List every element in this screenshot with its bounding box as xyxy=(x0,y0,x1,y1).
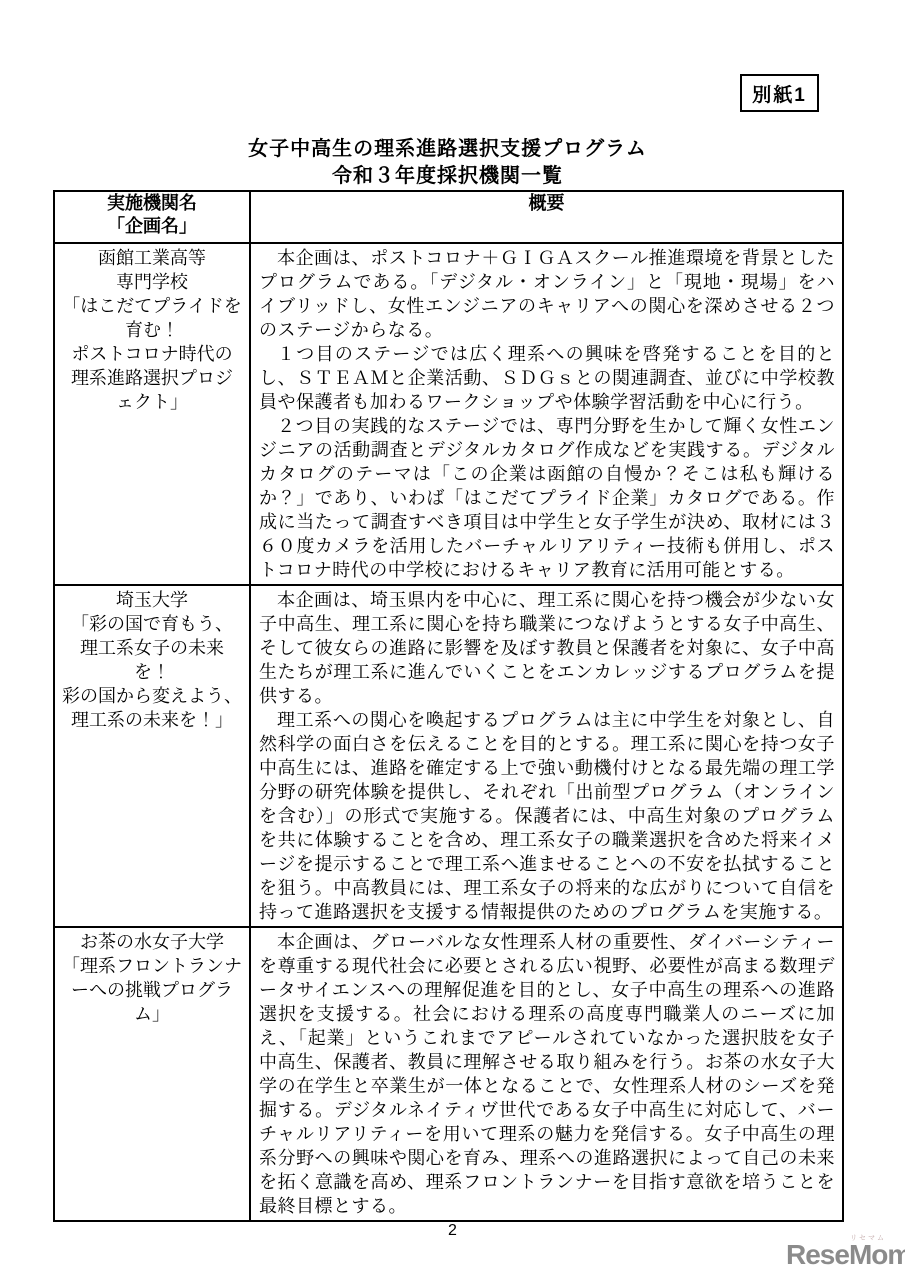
header-overview: 概要 xyxy=(250,191,843,243)
project-name: 「彩の国で育もう、 理工系女子の未来 を！ 彩の国から変えよう、 理工系の未来を… xyxy=(62,612,242,732)
table-row: 函館工業高等 専門学校 「はこだてプライドを 育む！ ポストコロナ時代の 理系進… xyxy=(54,243,843,585)
overview-cell-hakodate: 本企画は、ポストコロナ＋ＧＩＧＡスクール推進環境を背景としたプログラムである。「… xyxy=(251,244,842,584)
org-name: 函館工業高等 専門学校 xyxy=(98,246,206,294)
overview-paragraph: 本企画は、ポストコロナ＋ＧＩＧＡスクール推進環境を背景としたプログラムである。「… xyxy=(259,246,835,342)
table-row: 埼玉大学 「彩の国で育もう、 理工系女子の未来 を！ 彩の国から変えよう、 理工… xyxy=(54,585,843,927)
org-cell-ochanomizu: お茶の水女子大学 「理系フロントランナ ーへの挑戦プログラ ム」 xyxy=(55,928,249,1028)
org-cell-saitama: 埼玉大学 「彩の国で育もう、 理工系女子の未来 を！ 彩の国から変えよう、 理工… xyxy=(55,586,249,734)
attachment-label: 別紙1 xyxy=(752,80,807,107)
overview-paragraph: ２つ目の実践的なステージでは、専門分野を生かして輝く女性エンジニアの活動調査とデ… xyxy=(259,414,835,582)
org-name: お茶の水女子大学 xyxy=(80,930,224,954)
overview-paragraph: 理工系への関心を喚起するプログラムは主に中学生を対象とし、自然科学の面白さを伝え… xyxy=(259,708,835,924)
document-page: 別紙1 女子中高生の理系進路選択支援プログラム 令和３年度採択機関一覧 実施機関… xyxy=(0,0,905,1280)
overview-cell-ochanomizu: 本企画は、グローバルな女性理系人材の重要性、ダイバーシティーを尊重する現代社会に… xyxy=(251,928,842,1220)
document-title: 女子中高生の理系進路選択支援プログラム 令和３年度採択機関一覧 xyxy=(53,136,842,190)
overview-paragraph: 本企画は、グローバルな女性理系人材の重要性、ダイバーシティーを尊重する現代社会に… xyxy=(259,930,835,1218)
title-line-2: 令和３年度採択機関一覧 xyxy=(53,163,842,190)
adopted-organizations-table: 実施機関名 「企画名」 概要 函館工業高等 専門学校 「はこだてプライドを 育む… xyxy=(53,190,844,1222)
table-row: お茶の水女子大学 「理系フロントランナ ーへの挑戦プログラ ム」 本企画は、グロ… xyxy=(54,927,843,1221)
page-number: 2 xyxy=(0,1222,905,1240)
resemom-logo: リセマム ReseMom. xyxy=(786,1233,900,1275)
overview-paragraph: 本企画は、埼玉県内を中心に、理工系に関心を持つ機会が少ない女子中高生、理工系に関… xyxy=(259,588,835,708)
resemom-logo-text: ReseMom. xyxy=(786,1239,900,1271)
project-name: 「はこだてプライドを 育む！ ポストコロナ時代の 理系進路選択プロジ ェクト」 xyxy=(62,294,241,414)
org-cell-hakodate: 函館工業高等 専門学校 「はこだてプライドを 育む！ ポストコロナ時代の 理系進… xyxy=(55,244,249,416)
header-org-name: 実施機関名 「企画名」 xyxy=(54,191,250,243)
attachment-label-box: 別紙1 xyxy=(740,74,819,112)
project-name: 「理系フロントランナ ーへの挑戦プログラ ム」 xyxy=(62,954,242,1026)
title-line-1: 女子中高生の理系進路選択支援プログラム xyxy=(53,136,842,163)
overview-paragraph: １つ目のステージでは広く理系への興味を啓発することを目的とし、ＳＴＥＡＭと企業活… xyxy=(259,342,835,414)
org-name: 埼玉大学 xyxy=(116,588,188,612)
overview-cell-saitama: 本企画は、埼玉県内を中心に、理工系に関心を持つ機会が少ない女子中高生、理工系に関… xyxy=(251,586,842,926)
table-header-row: 実施機関名 「企画名」 概要 xyxy=(54,191,843,243)
